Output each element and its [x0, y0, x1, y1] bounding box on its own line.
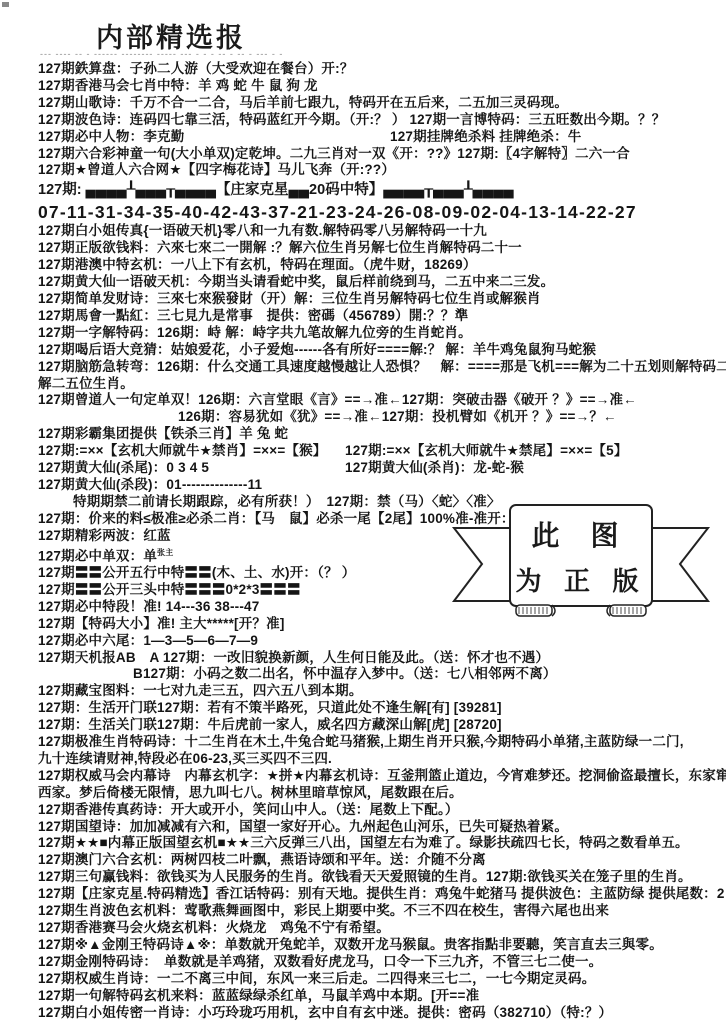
report-line: 127期黄大仙一语破天机：今期当头请看蛇中奖，鼠后样前绕到马，二五中来二三发。: [38, 274, 722, 291]
report-line: 127期简单发财诗：三來七來猴發財（开）解：三位生肖另解特码七位生肖或解猴肖: [38, 291, 722, 308]
report-line: 127期必中人物：李克勤127期挂牌绝杀料 挂牌绝杀：牛: [38, 129, 722, 146]
report-line: 127期：生活开门联127期：若有不策半路死，只道此处不逢生解[有] [3928…: [38, 700, 722, 717]
report-line: 西家。梦后倚楼无限情，思九叫七八。树林里暗草惊风，尾数跟在后。: [38, 785, 722, 802]
line-left-text: 127期:=××【玄机大师就牛★禁肖】=××=【猴】: [38, 443, 327, 458]
report-line: 127期金刚特码诗： 单数就是羊鸡猪，双数看好虎龙马，口令一下三九齐，不管三七二…: [38, 954, 722, 971]
report-line: 127期鉄算盘：子孙二人游（大受欢迎在餐台）开:？: [38, 61, 722, 78]
line-left-text: 127期必中人物：李克勤: [38, 129, 184, 144]
banner-right-tail: [646, 528, 708, 601]
report-line: 127期香港马会七肖中特：羊 鸡 蛇 牛 鼠 狗 龙: [38, 78, 722, 95]
report-line: 127期天机报AB A 127期：一改旧貌换新颜，人生何日能及此。（送：怀才也不…: [38, 650, 722, 667]
report-line: 07-11-31-34-35-40-42-43-37-21-23-24-26-0…: [38, 201, 722, 223]
report-line: 127期香港赛马会火烧玄机料：火烧龙 鸡兔不宁有希望。: [38, 920, 722, 937]
banner-left-tail: [454, 528, 516, 601]
report-line: 127期: ▄▄▄▄┸▄▄▄┰▄▄▄▄【庄家克星▄▄20码中特】▄▄▄▄┰▄▄▄…: [38, 179, 722, 201]
report-line: 127期正版欲钱料：六來七來二一開解 :？解六位生肖另解七位生肖解特码二十一: [38, 240, 722, 257]
report-line: 127期六合彩神童一句(大小单双)定乾坤。二九三肖对一双《开：??》127期:〖…: [38, 146, 722, 163]
report-line: 127期※▲金刚王特码诗▲※：单数就开兔蛇羊，双数开龙马猴鼠。贵客指點非要聽，笑…: [38, 937, 722, 954]
report-line: 127期国望诗：加加减减有六和，国望一家好开心。九州起色山河乐，已失可疑热着紧。: [38, 819, 722, 836]
report-line: 127期三句赢钱料：欲钱买为人民服务的生肖。欲钱看天天爱照镜的生肖。127期:欲…: [38, 869, 722, 886]
banner-ribbon-graphic: 此 图 为 正 版: [450, 497, 712, 627]
report-line: 127期必中六尾：1—3—5—6—7—9: [38, 633, 722, 650]
corner-mark: [2, 2, 9, 7]
line-right-text: 127期挂牌绝杀料 挂牌绝杀：牛: [390, 129, 581, 146]
report-line: 127期白小姐传密一肖诗：小巧玲珑巧用机，玄中自有玄中迷。提供：密码（38271…: [38, 1005, 722, 1022]
line-right-text: 127期:=××【玄机大师就牛★禁尾】=××=【5】: [345, 443, 628, 460]
report-line: 127期脑筋急转弯：126期：什么交通工具速度越慢越让人恐惧？ 解：====那是…: [38, 359, 722, 376]
report-line: 127期权威生肖诗：一二不离三中间，东风一来三后走。二四得来三七二，一七今期定灵…: [38, 971, 722, 988]
report-line: 127期曾道人一句定单双！126期：六言堂眼《言》==→准←127期：突破击器《…: [38, 392, 722, 409]
report-line: 127期香港传真药诗：开大或开小，笑问山中人。（送：尾数上下配。）: [38, 802, 722, 819]
report-line: 127期:=××【玄机大师就牛★禁肖】=××=【猴】127期:=××【玄机大师就…: [38, 443, 722, 460]
report-line: 127期港澳中特玄机：一八上下有玄机，特码在理面。（虎牛财，18269）: [38, 257, 722, 274]
report-line: 127期山歌诗：千万不合一二合，马后羊前七跟九，特码开在五后来，二五加三灵码现。: [38, 95, 722, 112]
report-line: 127期【庄家克星.特码精选】香江话特码：别有天地。提供生肖：鸡兔牛蛇猪马 提供…: [38, 886, 722, 903]
report-line: 127期彩霸集团提供【铁杀三肖】羊 兔 蛇: [38, 426, 722, 443]
report-line: 127期黄大仙(杀段)：01--------------11: [38, 477, 722, 494]
banner-text-line2: 为 正 版: [515, 567, 646, 596]
report-line: 127期藏宝图料：一七对九走三五，四六五八到本期。: [38, 683, 722, 700]
line-left-text: 127期黄大仙(杀尾)：0 3 4 5: [38, 460, 209, 475]
banner-scroll-roll-right: [607, 605, 646, 616]
report-line: 127期权威马会内幕诗 内幕玄机字：★拼★内幕玄机诗：互釜荆篮止道边，今宵难梦还…: [38, 768, 722, 785]
report-line: 127期馬會一點紅：三七見九是常事 提供：密碼（456789）開:？？準: [38, 308, 722, 325]
report-line: 解二五位生肖。: [38, 376, 722, 393]
report-line: 127期★★■内幕正版国望玄机■★★三六反弹三八出，国望左右为难了。绿影扶疏四七…: [38, 835, 722, 852]
report-line: 127期一句解特码玄机来料：蓝蓝绿绿杀红单，马鼠羊鸡中本期。[开==准: [38, 988, 722, 1005]
report-line: 127期黄大仙(杀尾)：0 3 4 5127期黄大仙(杀肖)：龙-蛇-猴: [38, 460, 722, 477]
line-right-text: 127期黄大仙(杀肖)：龙-蛇-猴: [345, 460, 524, 477]
report-page: 内部精选报 --- ---- -- - ------ -------- ----…: [0, 0, 726, 1024]
line-superscript: 张主: [157, 548, 173, 557]
authentic-banner: 此 图 为 正 版: [450, 497, 712, 627]
banner-text-line1: 此 图: [531, 520, 630, 552]
report-line: 127期澳门六合玄机：两树四枝二叶飘，燕语诗颂和平年。送：介随不分离: [38, 852, 722, 869]
report-line: B127期：小码之数二出名，怀中温存入梦中。（送：七八相邻两不离）: [38, 666, 722, 683]
report-line: 127期波色诗：连码四七靠三活，特码蓝红开今期。（开:？ ） 127期一言博特码…: [38, 112, 722, 129]
report-line: 127期极准生肖特码诗：十二生肖在木土,牛兔合蛇马猪猴,上期生肖开只猴,今期特码…: [38, 734, 722, 751]
banner-scroll-roll-left: [516, 605, 555, 616]
report-line: 127期★曾道人六合网★【四字梅花诗】马儿飞奔（开:??）: [38, 162, 722, 179]
report-line: 127期喝后语大竞猜：姑娘爱花，小子爱炮------各有所好====解:？ 解：…: [38, 342, 722, 359]
clipped-top-text: --- ---- -- - ------ -------- ----- --- …: [40, 49, 690, 58]
report-line: 126期：容易犹如《犹》==→准←127期：投机臂如《机开 ？》==→？←: [38, 409, 722, 426]
report-line: 127期：生活关门联127期：牛后虎前一家人，威名四方藏深山解[虎] [2872…: [38, 717, 722, 734]
report-line: 127期白小姐传真{一语破天机}零八和一九有数.解特码零八另解特码一十九: [38, 223, 722, 240]
report-line: 127期生肖波色玄机料：莺歌燕舞画图中，彩民上期要中奖。不三不四在校生，害得六尾…: [38, 903, 722, 920]
report-line: 九十连续请财神,特段必在06-23,买三买四不三四.: [38, 751, 722, 768]
report-line: 127期一字解特码：126期：峙 解：峙字共九笔故解九位旁的生肖蛇肖。: [38, 325, 722, 342]
